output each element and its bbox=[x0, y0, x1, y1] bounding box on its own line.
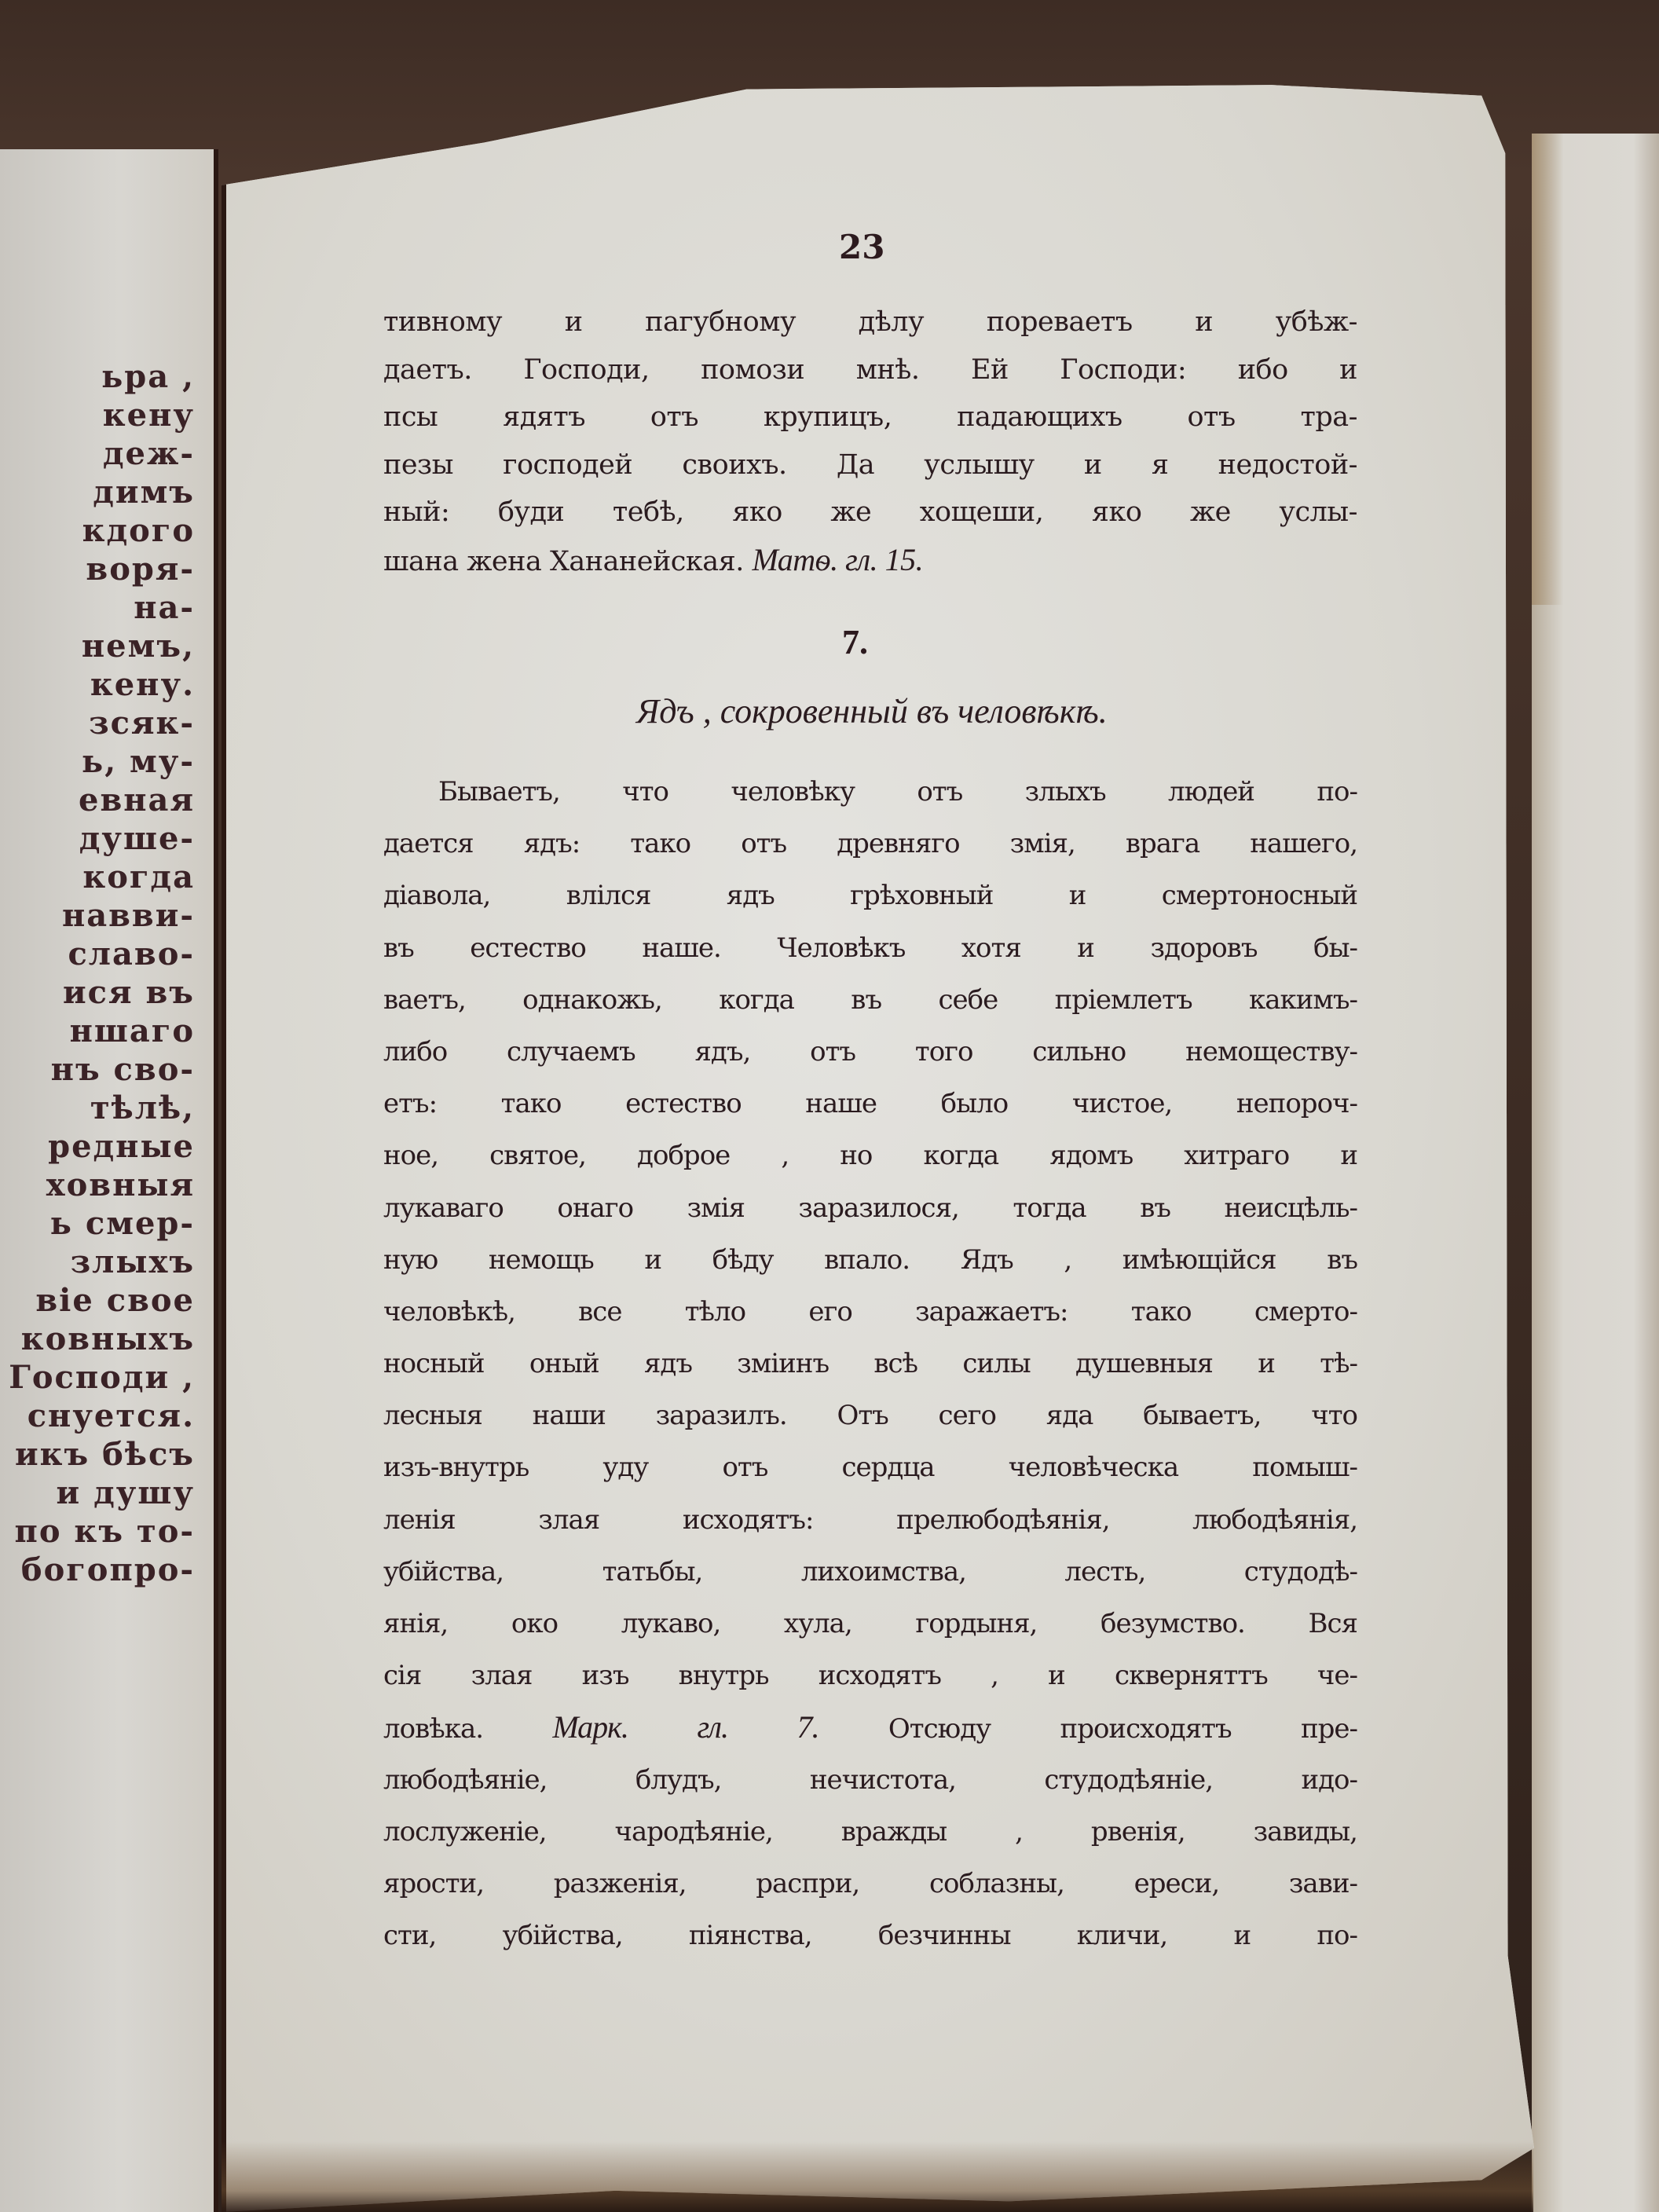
text-line: пезы господей своихъ. Да услышу и я недо… bbox=[383, 441, 1357, 489]
left-line: віе свое bbox=[9, 1281, 195, 1320]
left-line: евная bbox=[9, 781, 195, 819]
left-line: ншаго bbox=[9, 1012, 195, 1050]
left-line: снуется. bbox=[9, 1397, 195, 1435]
left-line: немъ, bbox=[9, 627, 195, 665]
text-line: дается ядъ: тако отъ древняго змія, враг… bbox=[383, 818, 1357, 870]
left-line: икъ бѣсъ bbox=[9, 1435, 195, 1474]
text-line: даетъ. Господи, помози мнѣ. Ей Господи: … bbox=[383, 346, 1357, 394]
left-line: воря- bbox=[9, 550, 195, 588]
left-line: ковныхъ bbox=[9, 1320, 195, 1358]
left-line: ьра , bbox=[9, 357, 195, 396]
text-line: янія, око лукаво, хула, гордыня, безумст… bbox=[383, 1598, 1357, 1650]
text-line: ленія злая исходятъ: прелюбодѣянія, любо… bbox=[383, 1494, 1357, 1546]
left-line: и душу bbox=[9, 1474, 195, 1512]
text-line: любодѣяніе, блудъ, нечистота, студодѣяні… bbox=[383, 1754, 1357, 1806]
text-line: ный: буди тебѣ, яко же хощеши, яко же ус… bbox=[383, 489, 1357, 537]
text-line: либо случаемъ ядъ, отъ того сильно немощ… bbox=[383, 1026, 1357, 1078]
left-page: ьра , кену деж- димъ кдого воря- на- нем… bbox=[0, 149, 218, 2212]
left-line: кену. bbox=[9, 665, 195, 704]
left-line: нъ сво- bbox=[9, 1050, 195, 1089]
left-line: ховныя bbox=[9, 1166, 195, 1204]
text-fragment: ловѣка. bbox=[383, 1713, 483, 1745]
text-line: человѣкѣ, все тѣло его заражаетъ: тако с… bbox=[383, 1286, 1357, 1338]
text-line: ваетъ, однакожь, когда въ себе пріемлетъ… bbox=[383, 974, 1357, 1026]
text-line: носный оный ядъ зміинъ всѣ силы душевныя… bbox=[383, 1338, 1357, 1390]
text-line: изъ-внутрь уду отъ сердца человѣческа по… bbox=[383, 1441, 1357, 1493]
text-line: тивному и пагубному дѣлу пореваетъ и убѣ… bbox=[383, 298, 1357, 346]
section-number: 7. bbox=[842, 622, 868, 662]
left-line: зсяк- bbox=[9, 704, 195, 742]
text-line: діавола, влілся ядъ грѣховный и смертоно… bbox=[383, 870, 1357, 921]
text-line: убійства, татьбы, лихоимства, лесть, сту… bbox=[383, 1546, 1357, 1598]
text-line: сія злая изъ внутрь исходятъ , и скверня… bbox=[383, 1650, 1357, 1701]
right-page-edge bbox=[1532, 134, 1659, 2212]
left-line: злыхъ bbox=[9, 1243, 195, 1281]
left-line: ися въ bbox=[9, 973, 195, 1012]
text-line: ную немощь и бѣду впало. Ядъ , имѣющійся… bbox=[383, 1234, 1357, 1286]
left-line: деж- bbox=[9, 434, 195, 473]
page-bottom-edge bbox=[222, 2141, 1533, 2212]
left-line: на- bbox=[9, 588, 195, 627]
scripture-reference: Марк. гл. 7. bbox=[552, 1709, 819, 1745]
book-gutter bbox=[214, 149, 218, 2212]
section-title: Ядъ , сокровенный въ человѣкѣ. bbox=[518, 691, 1225, 731]
text-line: лукаваго онаго змія заразилося, тогда въ… bbox=[383, 1182, 1357, 1234]
left-line: кену bbox=[9, 396, 195, 434]
left-line: славо- bbox=[9, 935, 195, 973]
section-body: Бываетъ, что человѣку отъ злыхъ людей по… bbox=[383, 766, 1357, 1961]
text-line: ное, святое, доброе , но когда ядомъ хит… bbox=[383, 1130, 1357, 1181]
left-line: ь, му- bbox=[9, 742, 195, 781]
left-line: навви- bbox=[9, 896, 195, 935]
text-line: сти, убійства, піянства, безчинны кличи,… bbox=[383, 1910, 1357, 1961]
left-line: по къ то- bbox=[9, 1512, 195, 1551]
left-line: редные bbox=[9, 1127, 195, 1166]
left-line: тѣлѣ, bbox=[9, 1089, 195, 1127]
text-line: въ естество наше. Человѣкъ хотя и здоров… bbox=[383, 922, 1357, 974]
text-line: ярости, разженія, распри, соблазны, ерес… bbox=[383, 1858, 1357, 1910]
text-line: лослуженіе, чародѣяніе, вражды , рвенія,… bbox=[383, 1806, 1357, 1858]
continuation-paragraph: тивному и пагубному дѣлу пореваетъ и убѣ… bbox=[383, 298, 1357, 584]
text-line: Бываетъ, что человѣку отъ злыхъ людей по… bbox=[383, 766, 1357, 818]
text-fragment: Отсюду происходятъ пре- bbox=[888, 1713, 1357, 1745]
left-line: ь смер- bbox=[9, 1204, 195, 1243]
text-fragment: шана жена Хананейская. bbox=[383, 546, 744, 577]
left-line: богопро- bbox=[9, 1551, 195, 1589]
left-line: Господи , bbox=[9, 1358, 195, 1397]
text-line: лесныя наши заразилъ. Отъ сего яда бывае… bbox=[383, 1390, 1357, 1441]
left-line: димъ bbox=[9, 473, 195, 511]
text-line: шана жена Хананейская. Матѳ. гл. 15. bbox=[383, 537, 1357, 584]
scripture-reference: Матѳ. гл. 15. bbox=[753, 542, 924, 577]
left-line: душе- bbox=[9, 819, 195, 858]
text-line: псы ядятъ отъ крупицъ, падающихъ отъ тра… bbox=[383, 394, 1357, 441]
water-stain bbox=[1532, 134, 1563, 605]
left-page-text: ьра , кену деж- димъ кдого воря- на- нем… bbox=[9, 357, 195, 1589]
left-line: когда bbox=[9, 858, 195, 896]
page-number: 23 bbox=[839, 228, 884, 266]
text-line: етъ: тако естество наше было чистое, неп… bbox=[383, 1078, 1357, 1130]
text-line: ловѣка. Марк. гл. 7. Отсюду происходятъ … bbox=[383, 1701, 1357, 1753]
left-line: кдого bbox=[9, 511, 195, 550]
